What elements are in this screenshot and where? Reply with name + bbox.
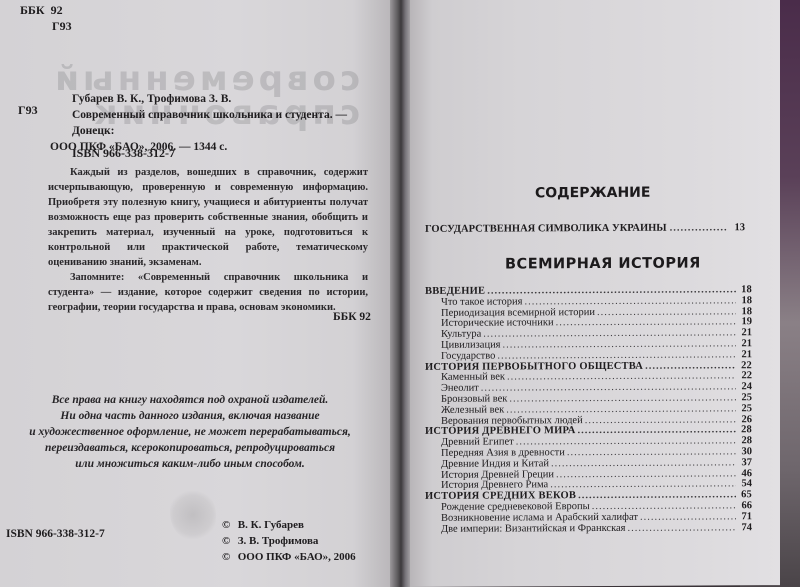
annotation: Каждый из разделов, вошедших в справочни… <box>48 165 368 315</box>
copyright-icon: © <box>222 549 235 565</box>
toc-entry-page: 25 <box>738 404 752 415</box>
book-spine <box>390 0 412 587</box>
toc-entry-symbolism: ГОСУДАРСТВЕННАЯ СИМВОЛИКА УКРАИНЫ 13 <box>425 222 745 235</box>
leader-dots <box>645 361 736 372</box>
leader-dots <box>640 512 736 523</box>
copyright-list: © В. К. Губарев © З. В. Трофимова © ООО … <box>222 517 356 565</box>
copyright-icon: © <box>222 533 235 549</box>
leader-dots <box>585 415 736 427</box>
table-of-contents: ВВЕДЕНИЕ18Что такое история18Периодизаци… <box>425 285 752 535</box>
toc-entry-page: 37 <box>738 458 752 469</box>
leader-dots <box>628 523 736 534</box>
leader-dots <box>578 426 736 438</box>
contents-page: СОДЕРЖАНИЕ ГОСУДАРСТВЕННАЯ СИМВОЛИКА УКР… <box>410 0 780 587</box>
bbk-index: ББК 92 <box>333 311 371 323</box>
authors: Губарев В. К., Трофимова З. В. <box>50 91 380 107</box>
toc-entry-label: Две империи: Византийская и Франкская <box>441 523 626 535</box>
toc-entry: Две империи: Византийская и Франкская74 <box>425 523 752 536</box>
rights-notice: Все права на книгу находятся под охраной… <box>20 392 360 472</box>
bbk-classification: ББК 92 Г93 <box>20 2 72 34</box>
leader-dots <box>670 222 728 233</box>
contents-title: СОДЕРЖАНИЕ <box>535 185 650 202</box>
section-title-world-history: ВСЕМИРНАЯ ИСТОРИЯ <box>505 255 701 272</box>
book-title: Современный справочник школьника и студе… <box>50 107 380 139</box>
isbn: ISBN 966-338-312-7 <box>72 146 175 161</box>
catalog-code: Г93 <box>18 103 38 118</box>
toc-entry-page: 71 <box>738 512 752 523</box>
leader-dots <box>597 307 736 319</box>
leader-dots <box>578 490 736 502</box>
toc-entry-page: 74 <box>738 523 752 534</box>
publisher-stamp <box>170 488 216 542</box>
copyright-icon: © <box>222 517 235 533</box>
copyright-page: современный справочник ББК 92 Г93 Г93 Гу… <box>0 0 392 587</box>
isbn-bottom: ISBN 966-338-312-7 <box>6 528 105 540</box>
